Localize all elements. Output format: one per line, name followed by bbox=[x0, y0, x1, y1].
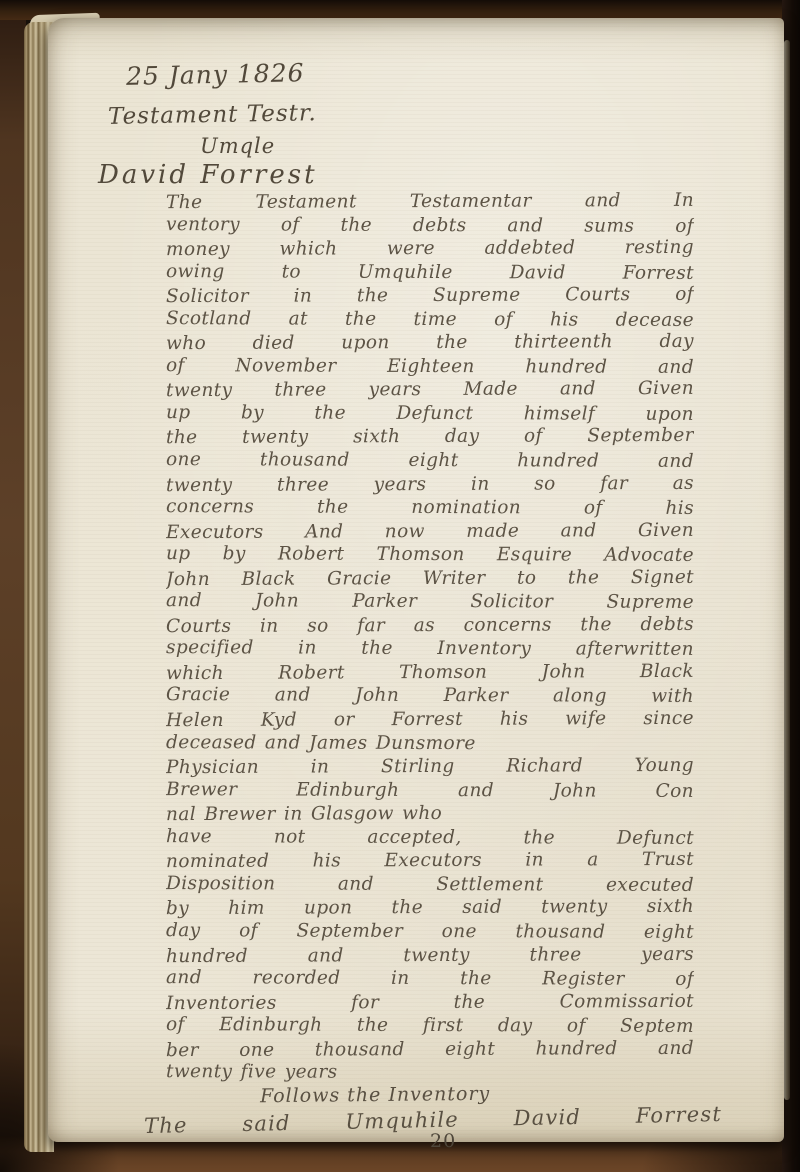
manuscript-line: twenty five years bbox=[166, 1060, 694, 1085]
deceased-name-heading: David Forrest bbox=[98, 160, 318, 190]
manuscript-line: Inventories for the Commissariot bbox=[166, 989, 694, 1015]
manuscript-line: by him upon the said twenty sixth bbox=[166, 895, 694, 921]
manuscript-line: concerns the nomination of his bbox=[166, 495, 694, 520]
manuscript-line: money which were addebted resting bbox=[166, 236, 694, 262]
book-binding-left bbox=[0, 0, 26, 1172]
manuscript-line: which Robert Thomson John Black bbox=[166, 660, 694, 686]
manuscript-line: hundred and twenty three years bbox=[166, 942, 694, 968]
manuscript-line: Brewer Edinburgh and John Con bbox=[166, 778, 694, 803]
scanned-book-photo: 25 Jany 1826 Testament Testr. Umqle Davi… bbox=[0, 0, 800, 1172]
manuscript-line: The Testament Testamentar and In bbox=[166, 189, 694, 215]
manuscript-line: Physician in Stirling Richard Young bbox=[166, 754, 694, 780]
manuscript-line: the twenty sixth day of September bbox=[166, 424, 694, 450]
umquhile-abbreviation: Umqle bbox=[200, 134, 275, 158]
manuscript-line: specified in the Inventory afterwritten bbox=[166, 636, 694, 661]
page-number: 20 bbox=[430, 1130, 456, 1152]
manuscript-line: Courts in so far as concerns the debts bbox=[166, 613, 694, 639]
manuscript-line: Executors And now made and Given bbox=[166, 519, 694, 545]
manuscript-line: Solicitor in the Supreme Courts of bbox=[166, 283, 694, 309]
manuscript-line: and recorded in the Register of bbox=[166, 966, 694, 991]
page-edges-right bbox=[784, 40, 790, 1100]
manuscript-line: nominated his Executors in a Trust bbox=[166, 848, 694, 874]
manuscript-line: Helen Kyd or Forrest his wife since bbox=[166, 707, 694, 733]
manuscript-line: twenty three years in so far as bbox=[166, 471, 694, 497]
manuscript-line: who died upon the thirteenth day bbox=[166, 330, 694, 356]
manuscript-line: one thousand eight hundred and bbox=[166, 448, 694, 473]
manuscript-line: ber one thousand eight hundred and bbox=[166, 1037, 694, 1063]
manuscript-line: up by the Defunct himself upon bbox=[166, 401, 694, 426]
manuscript-line: nal Brewer in Glasgow who bbox=[166, 801, 694, 827]
manuscript-line: Gracie and John Parker along with bbox=[166, 684, 694, 709]
manuscript-line: deceased and James Dunsmore bbox=[166, 731, 694, 756]
manuscript-line: day of September one thousand eight bbox=[166, 919, 694, 944]
manuscript-body: The Testament Testamentar and Inventory … bbox=[166, 190, 694, 1085]
manuscript-line: ventory of the debts and sums of bbox=[166, 213, 694, 238]
manuscript-page: 25 Jany 1826 Testament Testr. Umqle Davi… bbox=[48, 18, 784, 1142]
manuscript-line: have not accepted, the Defunct bbox=[166, 825, 694, 850]
manuscript-line: owing to Umquhile David Forrest bbox=[166, 260, 694, 285]
manuscript-line: of Edinburgh the first day of Septem bbox=[166, 1013, 694, 1038]
manuscript-line: Scotland at the time of his decease bbox=[166, 307, 694, 332]
manuscript-line: and John Parker Solicitor Supreme bbox=[166, 589, 694, 614]
manuscript-line: John Black Gracie Writer to the Signet bbox=[166, 566, 694, 592]
manuscript-line: up by Robert Thomson Esquire Advocate bbox=[166, 542, 694, 567]
manuscript-line: twenty three years Made and Given bbox=[166, 377, 694, 403]
book-binding-top bbox=[0, 0, 800, 20]
follows-the-inventory-line: Follows the Inventory bbox=[260, 1083, 490, 1107]
manuscript-line: Disposition and Settlement executed bbox=[166, 872, 694, 897]
manuscript-line: of November Eighteen hundred and bbox=[166, 354, 694, 379]
document-type-heading: Testament Testr. bbox=[108, 100, 317, 130]
entry-date: 25 Jany 1826 bbox=[126, 58, 305, 91]
